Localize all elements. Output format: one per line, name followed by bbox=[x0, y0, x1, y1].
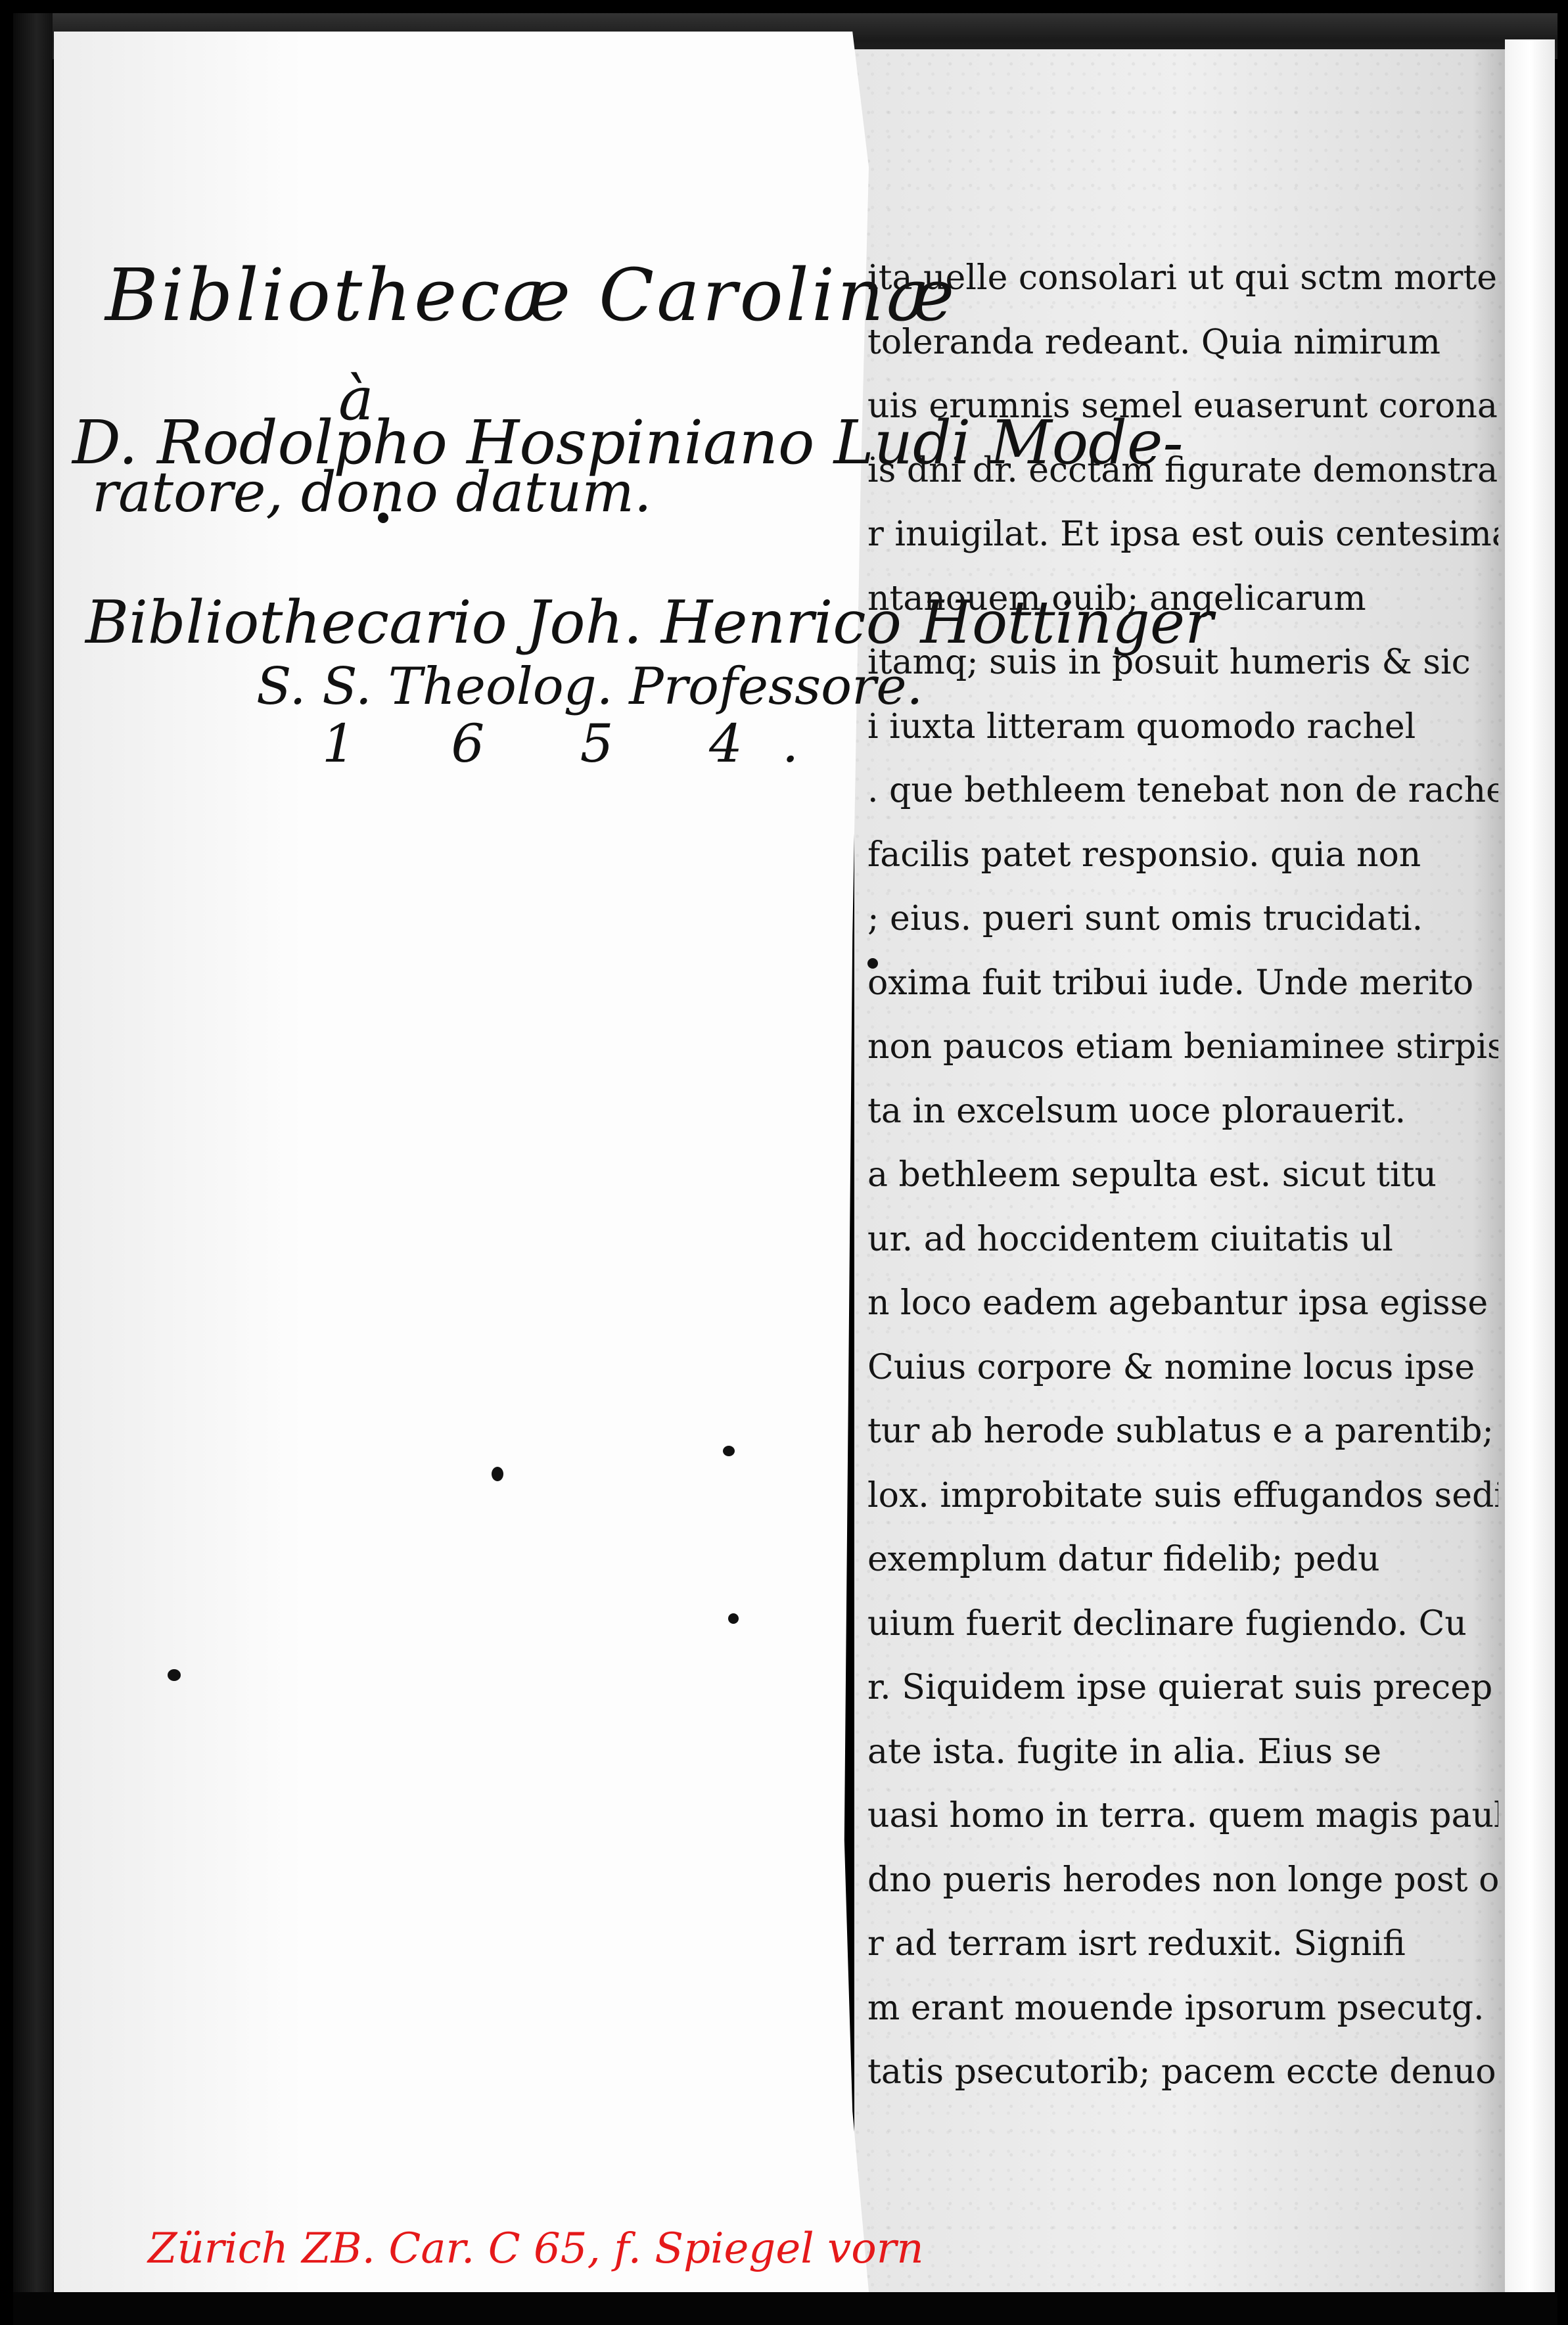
manuscript-line: r ad terram isrt reduxit. Signifi bbox=[867, 1912, 1498, 1977]
manuscript-line: is dni dr. ecctam figurate demonstrat bbox=[867, 439, 1498, 503]
manuscript-line: ta in excelsum uoce plorauerit. bbox=[867, 1080, 1498, 1144]
binding-bottom-edge bbox=[13, 2292, 1557, 2325]
inscription-line: ratore, dono datum. bbox=[92, 460, 652, 524]
wormhole-mark bbox=[867, 958, 878, 969]
manuscript-line: ate ista. fugite in alia. Eius se bbox=[867, 1720, 1498, 1785]
manuscript-line: uium fuerit declinare fugiendo. Cu bbox=[867, 1592, 1498, 1657]
manuscript-line: Cuius corpore & nomine locus ipse bbox=[867, 1336, 1498, 1400]
manuscript-line: r. Siquidem ipse quierat suis precep bbox=[867, 1656, 1498, 1720]
page-edge bbox=[1505, 39, 1555, 2300]
manuscript-text: ita uelle consolari ut qui sctm morte to… bbox=[867, 246, 1498, 2105]
manuscript-line: uis erumnis semel euaserunt coronandi bbox=[867, 375, 1498, 439]
wormhole-mark bbox=[378, 513, 388, 523]
manuscript-line: . que bethleem tenebat non de rachel bbox=[867, 759, 1498, 823]
manuscript-line: lox. improbitate suis effugandos sedib; bbox=[867, 1464, 1498, 1529]
manuscript-line: tatis psecutorib; pacem eccte denuo bbox=[867, 2040, 1498, 2105]
manuscript-line: itamq; suis in posuit humeris & sic bbox=[867, 631, 1498, 695]
manuscript-line: ; eius. pueri sunt omis trucidati. bbox=[867, 887, 1498, 952]
manuscript-line: r inuigilat. Et ipsa est ouis centesima bbox=[867, 503, 1498, 567]
wormhole-mark bbox=[723, 1446, 735, 1456]
manuscript-line: facilis patet responsio. quia non bbox=[867, 823, 1498, 888]
manuscript-line: ita uelle consolari ut qui sctm morte bbox=[867, 246, 1498, 311]
pastedown-shadow bbox=[54, 32, 304, 2292]
manuscript-line: m erant mouende ipsorum psecutg. bbox=[867, 1977, 1498, 2041]
wormhole-mark bbox=[492, 1467, 503, 1481]
inscription-year: 1 6 5 4. bbox=[322, 713, 838, 774]
manuscript-line: dno pueris herodes non longe post obitu. bbox=[867, 1849, 1498, 1913]
wormhole-mark bbox=[728, 1613, 739, 1624]
manuscript-line: uasi homo in terra. quem magis paulo bbox=[867, 1784, 1498, 1849]
manuscript-line: oxima fuit tribui iude. Unde merito bbox=[867, 952, 1498, 1016]
manuscript-line: a bethleem sepulta est. sicut titu bbox=[867, 1143, 1498, 1208]
manuscript-line: non paucos etiam beniaminee stirpis bbox=[867, 1015, 1498, 1080]
manuscript-line: ntanouem ouib; angelicarum bbox=[867, 567, 1498, 632]
inscription-line: Bibliothecæ Carolinæ bbox=[105, 253, 957, 337]
wormhole-mark bbox=[168, 1669, 181, 1681]
manuscript-line: ur. ad hoccidentem ciuitatis ul bbox=[867, 1208, 1498, 1272]
manuscript-line: tur ab herode sublatus e a parentib; bbox=[867, 1400, 1498, 1464]
manuscript-line: n loco eadem agebantur ipsa egisse bbox=[867, 1272, 1498, 1336]
manuscript-line: i iuxta litteram quomodo rachel bbox=[867, 695, 1498, 760]
binding-left-edge bbox=[13, 13, 53, 2313]
manuscript-line: toleranda redeant. Quia nimirum bbox=[867, 311, 1498, 375]
shelfmark-annotation: Zürich ZB. Car. C 65, f. Spiegel vorn bbox=[148, 2224, 924, 2273]
inscription-line: S. S. Theolog. Professore. bbox=[256, 657, 923, 716]
manuscript-line: exemplum datur fidelib; pedu bbox=[867, 1528, 1498, 1592]
